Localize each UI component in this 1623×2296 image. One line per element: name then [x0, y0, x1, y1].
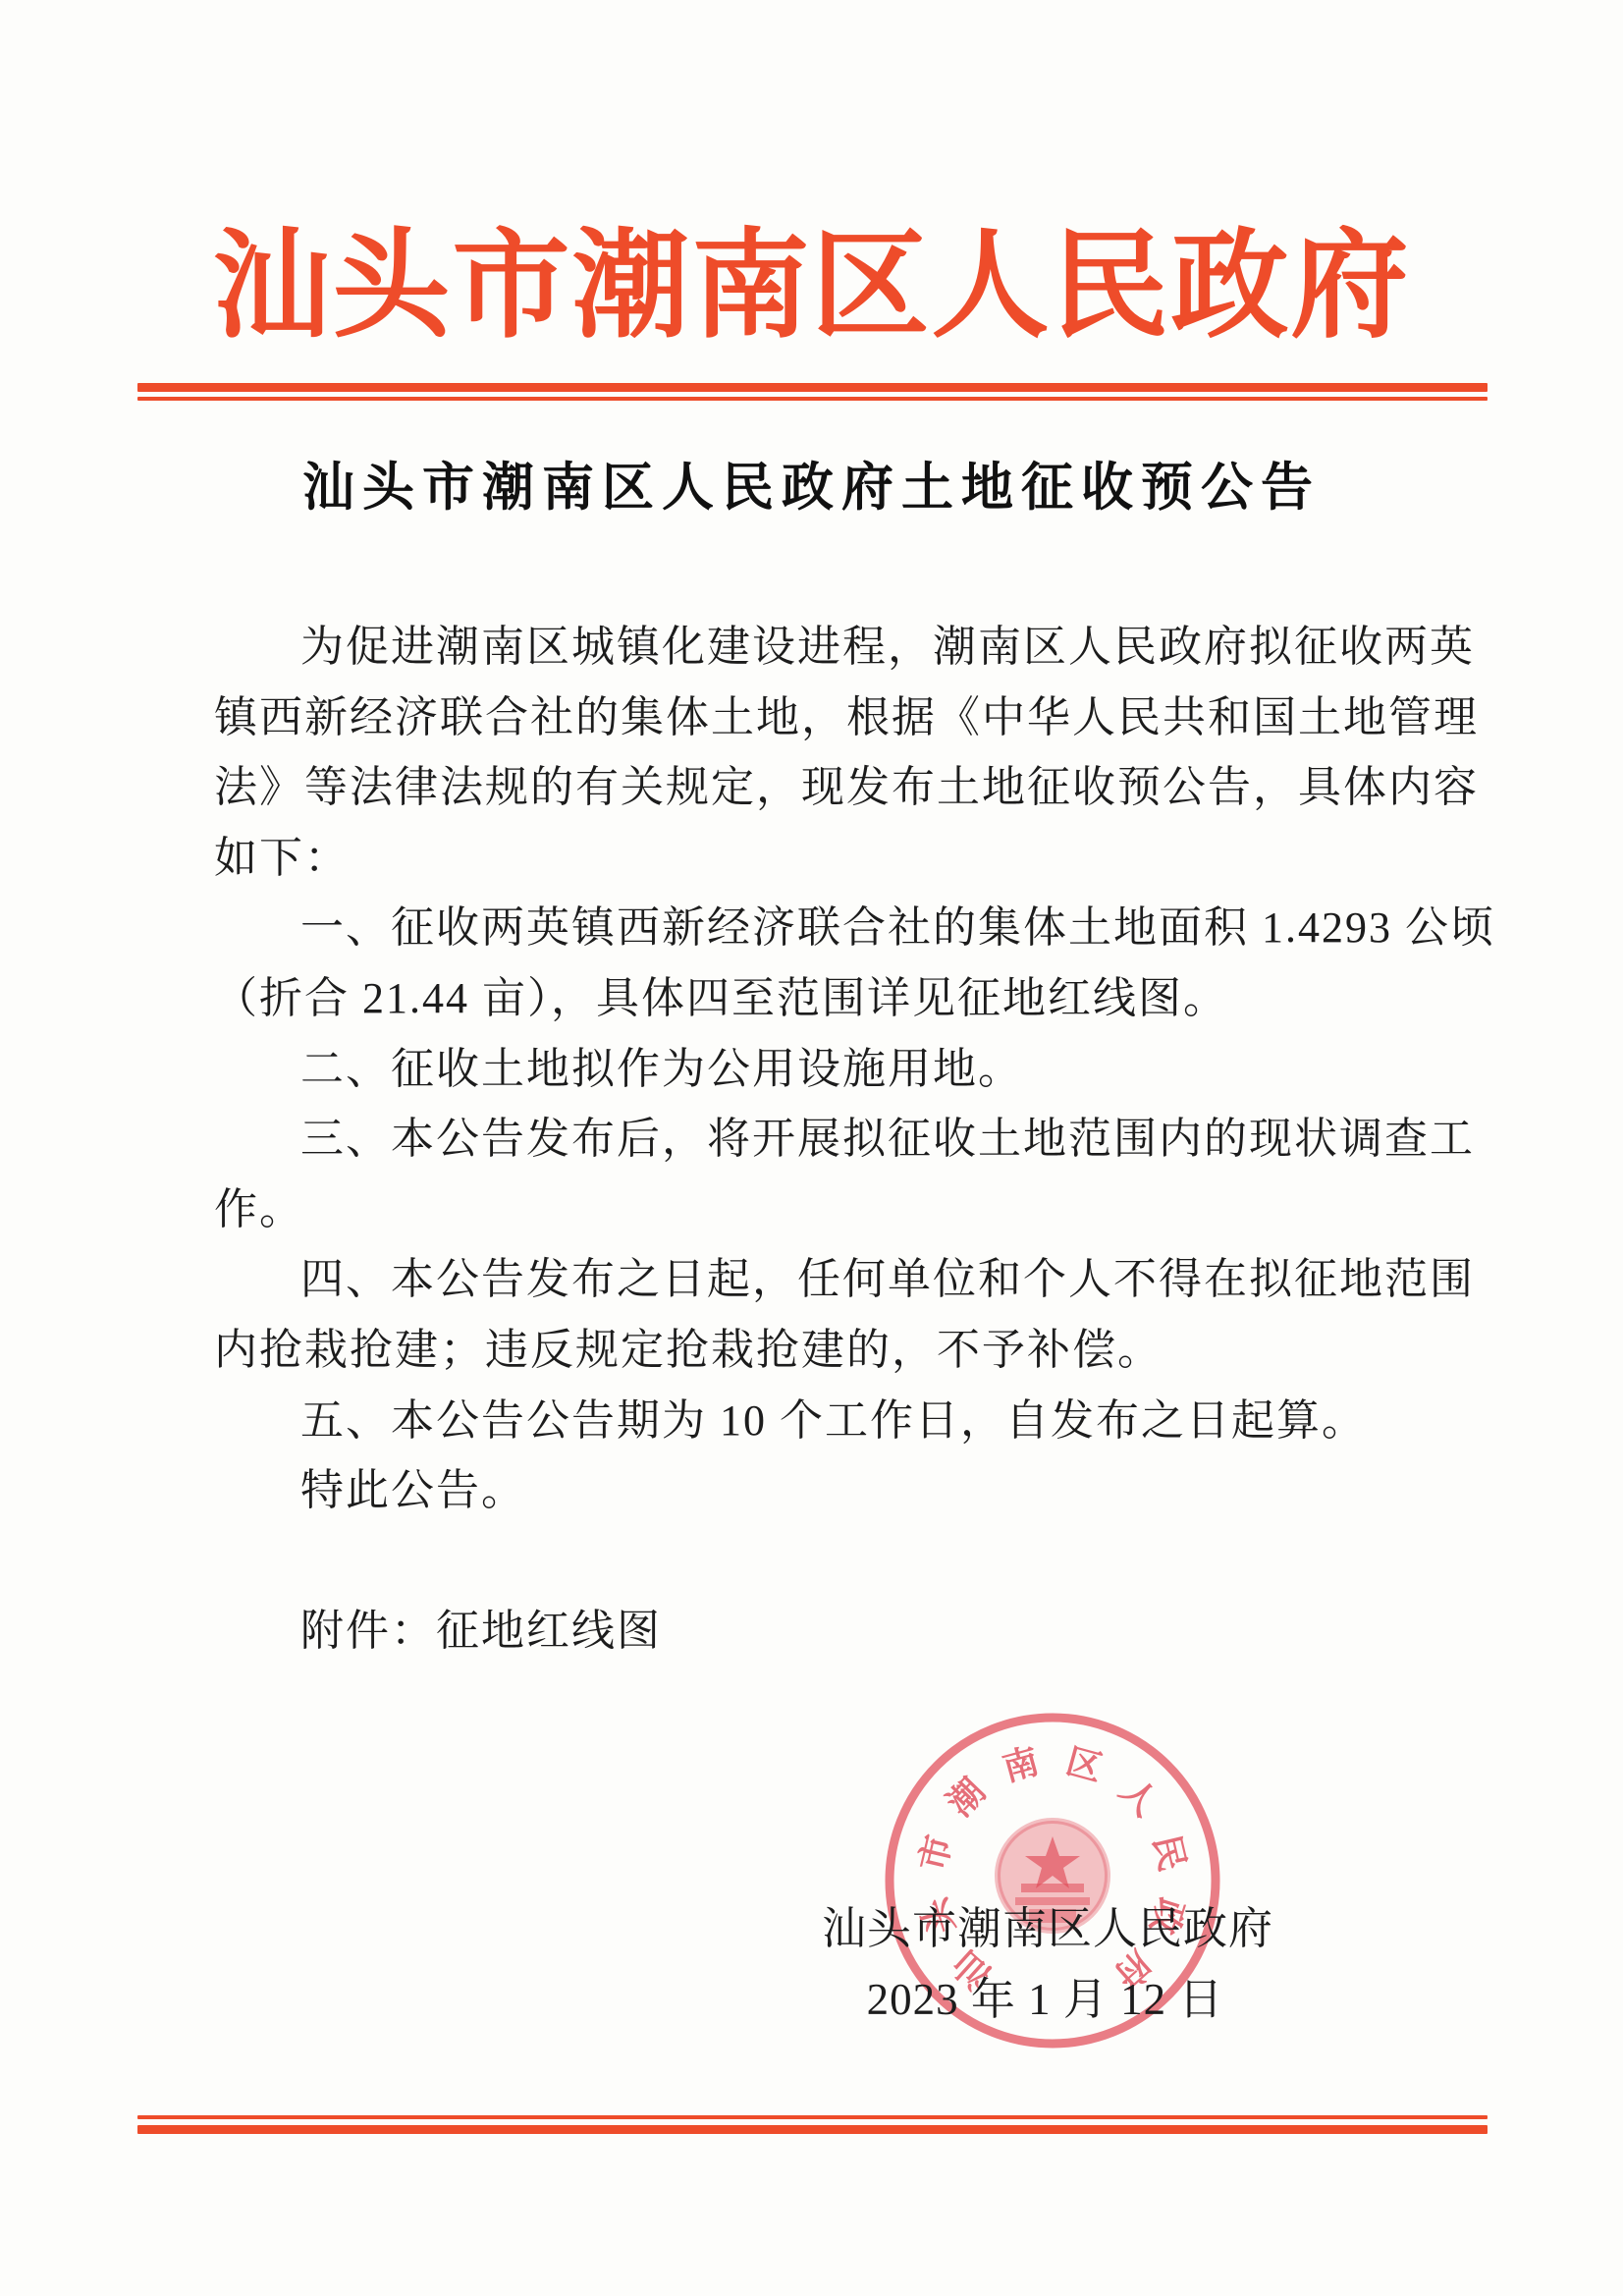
signature-block: 汕头市潮南区人民政府 2023 年 1 月 12 日: [822, 1893, 1269, 2035]
paragraph-item-4: 四、本公告发布之日起，任何单位和个人不得在拟征地范围 内抢栽抢建；违反规定抢栽抢…: [214, 1244, 1520, 1385]
header-divider-thin-line: [137, 397, 1488, 401]
svg-text:民: 民: [1146, 1831, 1192, 1875]
svg-text:潮: 潮: [940, 1771, 993, 1824]
signature-date: 2023 年 1 月 12 日: [822, 1964, 1269, 2035]
footer-divider: [137, 2115, 1488, 2134]
svg-text:人: 人: [1112, 1771, 1165, 1824]
document-body: 为促进潮南区城镇化建设进程，潮南区人民政府拟征收两英 镇西新经济联合社的集体土地…: [214, 612, 1520, 1667]
footer-divider-thick-line: [137, 2125, 1488, 2134]
paragraph-intro: 为促进潮南区城镇化建设进程，潮南区人民政府拟征收两英 镇西新经济联合社的集体土地…: [214, 612, 1520, 893]
paragraph-item-5: 五、本公告公告期为 10 个工作日，自发布之日起算。: [214, 1386, 1520, 1456]
document-title: 汕头市潮南区人民政府土地征收预公告: [0, 458, 1623, 519]
letterhead-org-name: 汕头市潮南区人民政府: [0, 218, 1623, 355]
paragraph-closing: 特此公告。: [214, 1455, 1520, 1526]
svg-text:南: 南: [999, 1741, 1043, 1788]
svg-text:市: 市: [913, 1831, 959, 1875]
attachment-line: 附件：征地红线图: [214, 1596, 1520, 1667]
svg-text:区: 区: [1062, 1741, 1107, 1788]
paragraph-item-1: 一、征收两英镇西新经济联合社的集体土地面积 1.4293 公顷 （折合 21.4…: [214, 893, 1520, 1033]
document-page: 汕头市潮南区人民政府 汕头市潮南区人民政府土地征收预公告 为促进潮南区城镇化建设…: [0, 0, 1623, 2296]
paragraph-item-2: 二、征收土地拟作为公用设施用地。: [214, 1034, 1520, 1105]
header-divider-thick-line: [137, 383, 1488, 392]
footer-divider-thin-line: [137, 2115, 1488, 2119]
paragraph-item-3: 三、本公告发布后，将开展拟征收土地范围内的现状调查工 作。: [214, 1104, 1520, 1244]
header-divider: [137, 383, 1488, 401]
signature-org: 汕头市潮南区人民政府: [822, 1893, 1269, 1964]
